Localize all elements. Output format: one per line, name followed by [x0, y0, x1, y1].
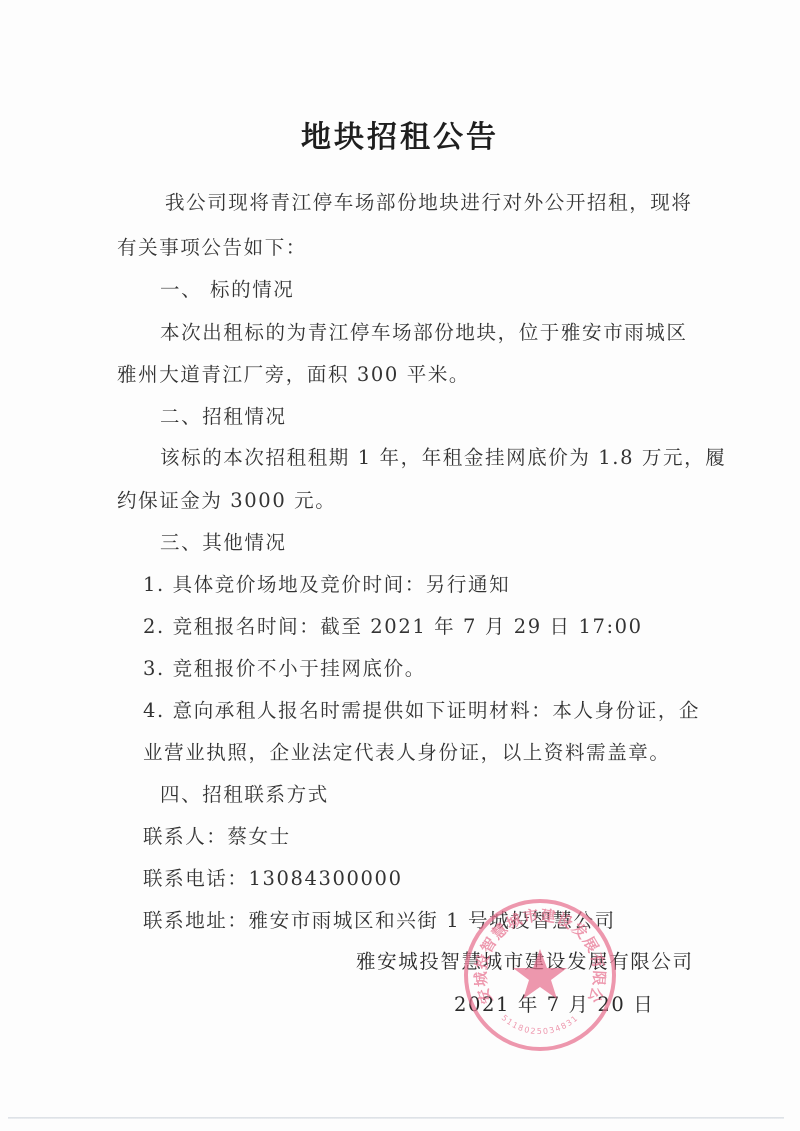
section-3-heading: 三、其他情况	[160, 527, 287, 555]
section-1-heading: 一、 标的情况	[160, 274, 294, 302]
intro-line-1: 我公司现将青江停车场部份地块进行对外公开招租，现将	[165, 187, 693, 215]
contact-phone: 联系电话：13084300000	[143, 863, 403, 891]
contact-address: 联系地址：雅安市雨城区和兴街 1 号城投智慧公司	[143, 905, 616, 933]
section-3-item-2: 2. 竞租报名时间：截至 2021 年 7 月 29 日 17:00	[143, 611, 643, 639]
document-page: 地块招租公告 我公司现将青江停车场部份地块进行对外公开招租，现将 有关事项公告如…	[0, 0, 800, 1131]
section-2-body-line-2: 约保证金为 3000 元。	[117, 485, 336, 513]
intro-line-2: 有关事项公告如下：	[117, 232, 307, 260]
signature-company: 雅安城投智慧城市建设发展有限公司	[356, 946, 694, 974]
section-1-body-line-2: 雅州大道青江厂旁，面积 300 平米。	[117, 359, 470, 387]
page-bottom-edge	[8, 1117, 784, 1119]
document-title: 地块招租公告	[0, 112, 800, 156]
section-1-body-line-1: 本次出租标的为青江停车场部份地块，位于雅安市雨城区	[160, 317, 688, 345]
contact-person: 联系人：蔡女士	[143, 821, 291, 849]
section-2-body-line-1: 该标的本次招租租期 1 年，年租金挂网底价为 1.8 万元，履	[160, 442, 726, 470]
section-3-item-3: 3. 竞租报价不小于挂网底价。	[143, 653, 426, 681]
section-3-item-4-line-2: 业营业执照，企业法定代表人身份证，以上资料需盖章。	[143, 737, 671, 765]
section-3-item-4-line-1: 4. 意向承租人报名时需提供如下证明材料：本人身份证，企	[143, 695, 700, 723]
section-2-heading: 二、招租情况	[160, 401, 287, 429]
section-4-heading: 四、招租联系方式	[160, 779, 329, 807]
signature-date: 2021 年 7 月 20 日	[454, 989, 654, 1017]
section-3-item-1: 1. 具体竞价场地及竞价时间：另行通知	[143, 569, 510, 597]
